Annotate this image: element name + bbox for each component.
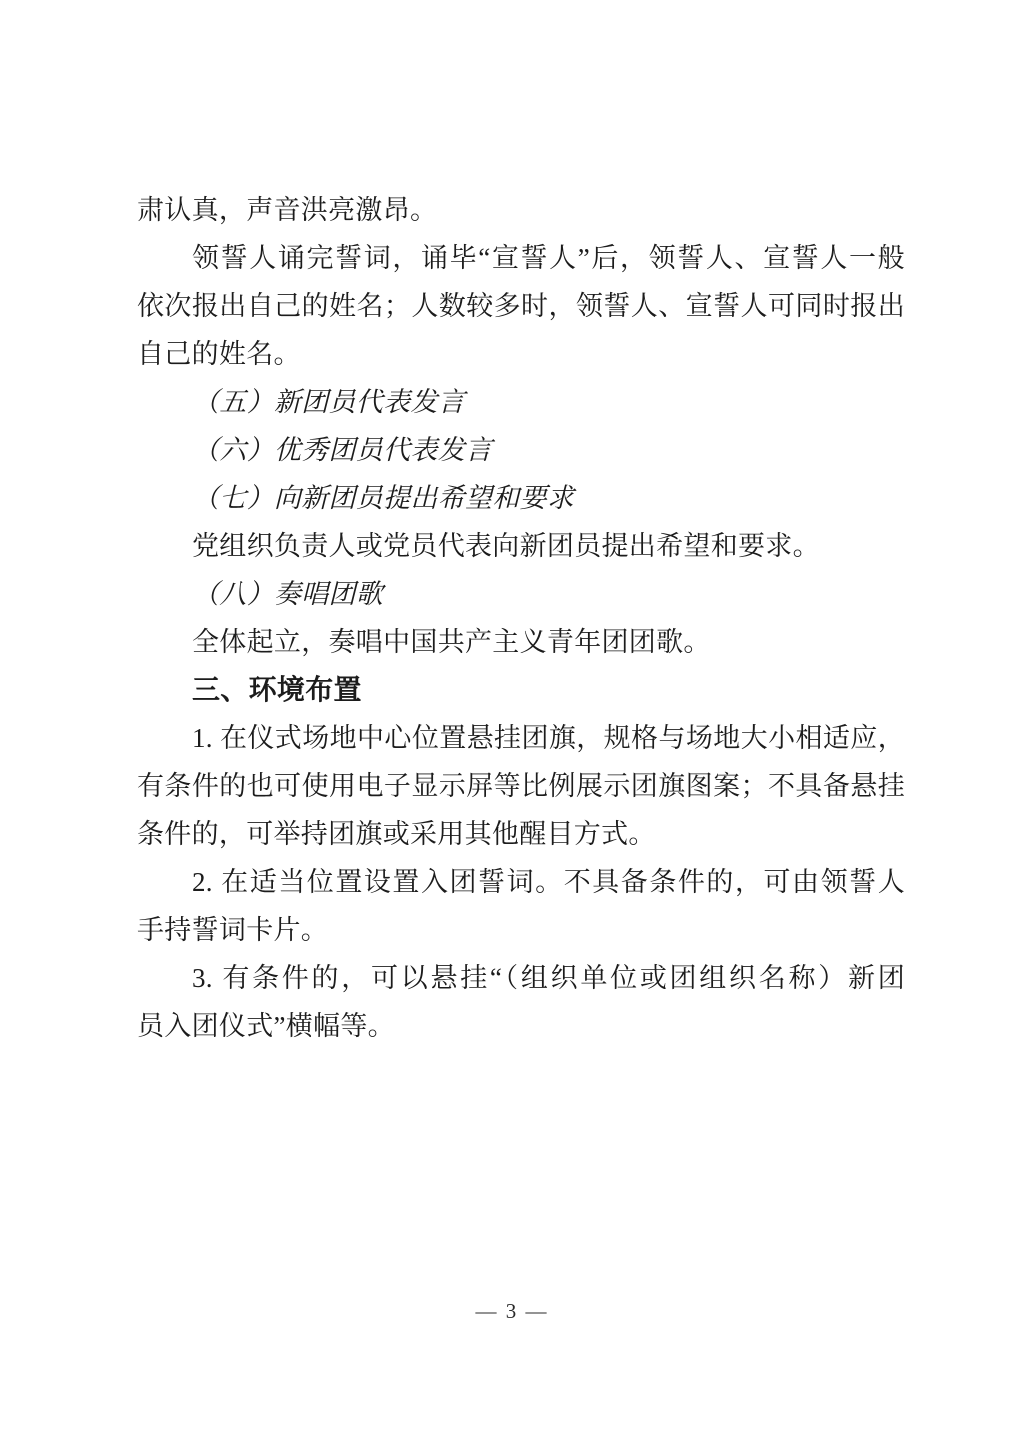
body-text-line: 1. 在仪式场地中心位置悬挂团旗，规格与场地大小相适应， bbox=[137, 714, 905, 762]
body-text-line: 员入团仪式”横幅等。 bbox=[137, 1002, 905, 1050]
subsection-heading: （五）新团员代表发言 bbox=[137, 378, 905, 426]
page-number: — 3 — bbox=[0, 1295, 1024, 1327]
body-text-line: 全体起立，奏唱中国共产主义青年团团歌。 bbox=[137, 618, 905, 666]
body-text-line: 有条件的也可使用电子显示屏等比例展示团旗图案；不具备悬挂 bbox=[137, 762, 905, 810]
body-text-line: 条件的，可举持团旗或采用其他醒目方式。 bbox=[137, 810, 905, 858]
subsection-heading: （六）优秀团员代表发言 bbox=[137, 426, 905, 474]
body-text-line: 自己的姓名。 bbox=[137, 330, 905, 378]
text-column: 肃认真，声音洪亮激昂。 领誓人诵完誓词，诵毕“宣誓人”后，领誓人、宣誓人一般 依… bbox=[137, 186, 905, 1050]
document-page: 肃认真，声音洪亮激昂。 领誓人诵完誓词，诵毕“宣誓人”后，领誓人、宣誓人一般 依… bbox=[0, 0, 1024, 1448]
body-text-line: 手持誓词卡片。 bbox=[137, 906, 905, 954]
section-heading: 三、环境布置 bbox=[137, 666, 905, 714]
body-text-line: 2. 在适当位置设置入团誓词。不具备条件的，可由领誓人 bbox=[137, 858, 905, 906]
subsection-heading: （八）奏唱团歌 bbox=[137, 570, 905, 618]
body-text-line: 依次报出自己的姓名；人数较多时，领誓人、宣誓人可同时报出 bbox=[137, 282, 905, 330]
body-text-line: 3. 有条件的，可以悬挂“（组织单位或团组织名称）新团 bbox=[137, 954, 905, 1002]
body-text-line: 肃认真，声音洪亮激昂。 bbox=[137, 186, 905, 234]
subsection-heading: （七）向新团员提出希望和要求 bbox=[137, 474, 905, 522]
body-text-line: 领誓人诵完誓词，诵毕“宣誓人”后，领誓人、宣誓人一般 bbox=[137, 234, 905, 282]
body-text-line: 党组织负责人或党员代表向新团员提出希望和要求。 bbox=[137, 522, 905, 570]
